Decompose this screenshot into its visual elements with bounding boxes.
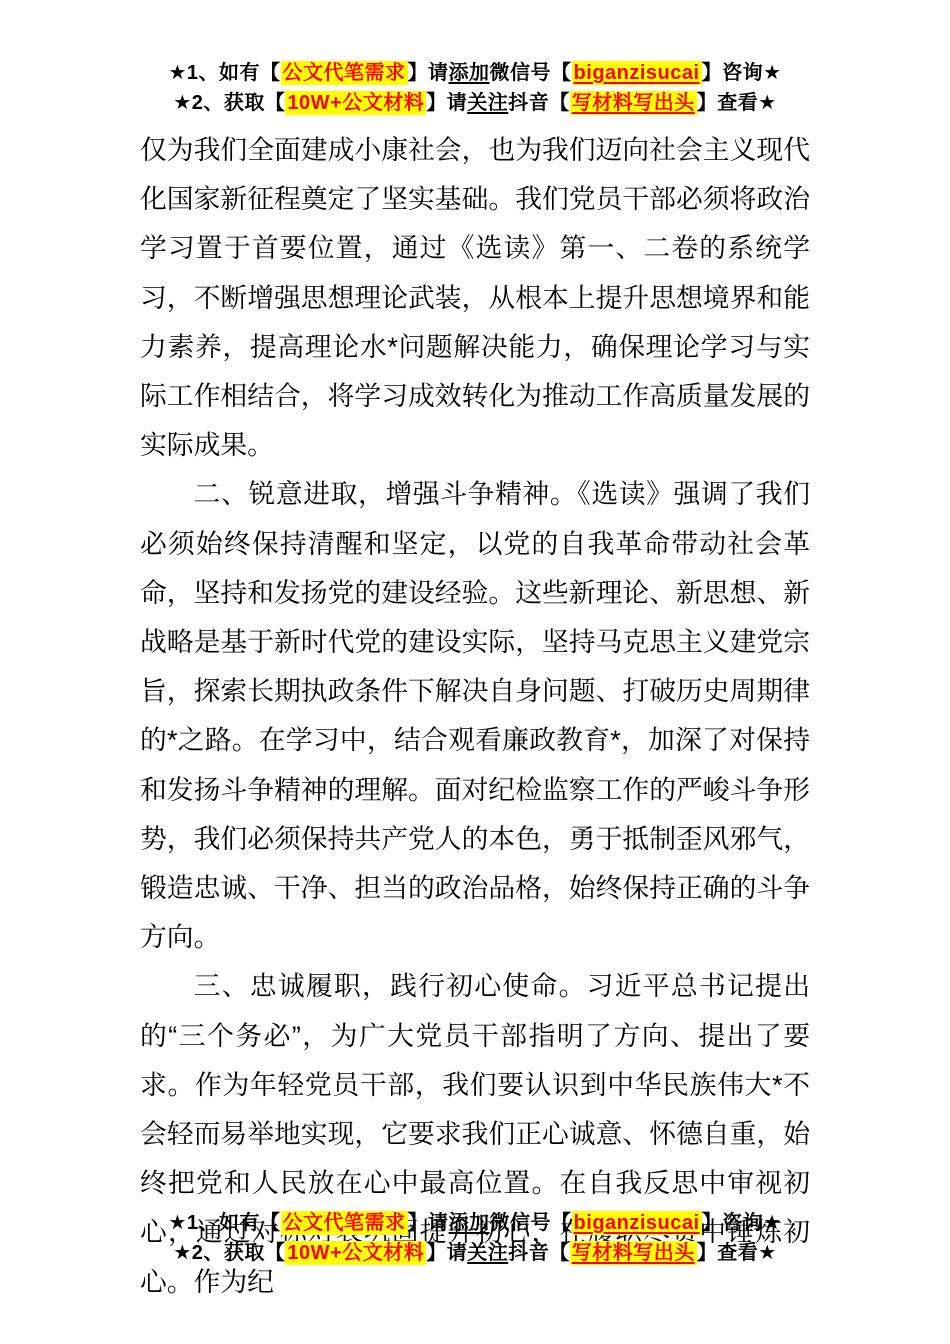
header-notice: ★1、如有【公文代笔需求】请添加微信号【biganzisucai】咨询★ ★2、… <box>0 58 950 118</box>
notice-text: ★2、获取【 <box>173 92 285 114</box>
paragraph-1: 仅为我们全面建成小康社会，也为我们迈向社会主义现代化国家新征程奠定了坚实基础。我… <box>140 126 810 470</box>
highlighted-wechat-id: biganzisucai <box>572 61 702 85</box>
highlighted-keyword-materials: 10W+公文材料 <box>285 91 426 115</box>
footer-notice: ★1、如有【公文代笔需求】请添加微信号【biganzisucai】咨询★ ★2、… <box>0 1208 950 1268</box>
highlighted-keyword-writing-service: 公文代笔需求 <box>281 61 408 85</box>
notice-text: 】查看★ <box>697 92 777 114</box>
underlined-keyword-add: 添加 <box>449 1212 490 1234</box>
notice-text: ★2、获取【 <box>173 1242 285 1264</box>
notice-text: 】咨询★ <box>702 1212 782 1234</box>
highlighted-douyin-name: 写材料写出头 <box>570 91 697 115</box>
notice-text: 微信号【 <box>490 1212 572 1234</box>
notice-text: 抖音【 <box>508 1242 570 1264</box>
underlined-keyword-follow: 关注 <box>467 92 508 114</box>
footer-notice-line-2: ★2、获取【10W+公文材料】请关注抖音【写材料写出头】查看★ <box>0 1238 950 1268</box>
highlighted-keyword-writing-service: 公文代笔需求 <box>281 1211 408 1235</box>
paragraph-2: 二、锐意进取，增强斗争精神。《选读》强调了我们必须始终保持清醒和坚定，以党的自我… <box>140 470 810 962</box>
notice-text: 】请 <box>426 1242 467 1264</box>
notice-text: 】请 <box>408 62 449 84</box>
notice-text: 】请 <box>408 1212 449 1234</box>
underlined-keyword-add: 添加 <box>449 62 490 84</box>
notice-text: 抖音【 <box>508 92 570 114</box>
notice-text: 】查看★ <box>697 1242 777 1264</box>
notice-text: ★1、如有【 <box>168 1212 280 1234</box>
header-notice-line-2: ★2、获取【10W+公文材料】请关注抖音【写材料写出头】查看★ <box>0 88 950 118</box>
document-page: ★1、如有【公文代笔需求】请添加微信号【biganzisucai】咨询★ ★2、… <box>0 0 950 1344</box>
highlighted-douyin-name: 写材料写出头 <box>570 1241 697 1265</box>
highlighted-wechat-id: biganzisucai <box>572 1211 702 1235</box>
highlighted-keyword-materials: 10W+公文材料 <box>285 1241 426 1265</box>
document-body: 仅为我们全面建成小康社会，也为我们迈向社会主义现代化国家新征程奠定了坚实基础。我… <box>140 126 810 1307</box>
notice-text: 微信号【 <box>490 62 572 84</box>
underlined-keyword-follow: 关注 <box>467 1242 508 1264</box>
footer-notice-line-1: ★1、如有【公文代笔需求】请添加微信号【biganzisucai】咨询★ <box>0 1208 950 1238</box>
notice-text: 】咨询★ <box>702 62 782 84</box>
notice-text: ★1、如有【 <box>168 62 280 84</box>
notice-text: 】请 <box>426 92 467 114</box>
header-notice-line-1: ★1、如有【公文代笔需求】请添加微信号【biganzisucai】咨询★ <box>0 58 950 88</box>
